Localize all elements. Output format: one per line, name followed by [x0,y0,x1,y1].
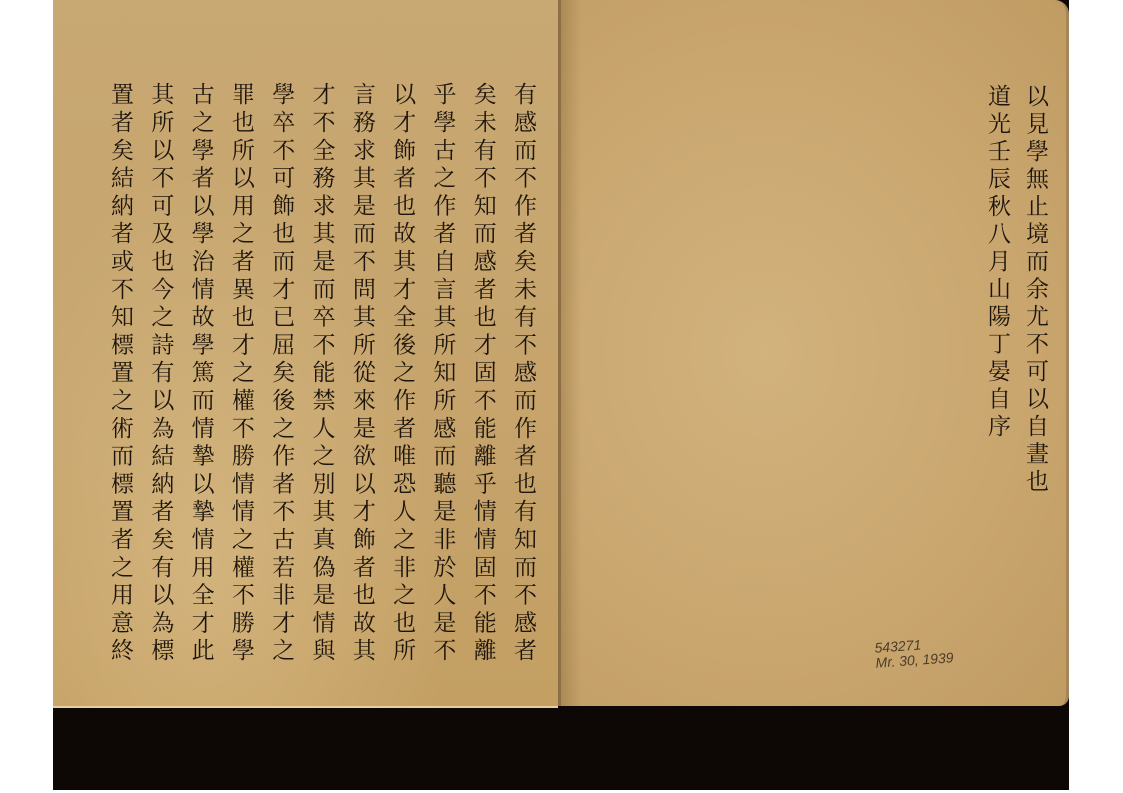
text-column-11: 置者矣結納者或不知標置之術而標置者之用意終 [93,82,133,666]
text-column-closing: 以見學無止境而余尤不可以自晝也 [1010,84,1048,497]
book-scan: 有感而不作者矣未有不感而作者也有知而不感者 矣未有不知而感者也才固不能離乎情情固… [53,0,1069,790]
text-column-signature: 道光壬辰秋八月山陽丁晏自序 [972,84,1010,497]
text-column-3: 乎學古之作者自言其所知所感而聽是非於人是不 [415,82,455,666]
text-column-4: 以才飾者也故其才全後之作者唯恐人之非之也所 [375,82,415,666]
right-page: 以見學無止境而余尤不可以自晝也 道光壬辰秋八月山陽丁晏自序 [561,0,1069,706]
handwritten-catalog-note: 543271 Mr. 30, 1939 [874,635,954,670]
text-column-7: 學卒不可飾也而才已屈矣後之作者不古若非才之 [254,82,294,666]
left-page: 有感而不作者矣未有不感而作者也有知而不感者 矣未有不知而感者也才固不能離乎情情固… [53,0,558,708]
text-column-8: 罪也所以用之者異也才之權不勝情情之權不勝學 [214,82,254,666]
text-column-6: 才不全務求其是而卒不能禁人之別其真偽是情與 [294,82,334,666]
text-column-9: 古之學者以學治情故學篤而情摯以摯情用全才此 [173,82,213,666]
left-page-text: 有感而不作者矣未有不感而作者也有知而不感者 矣未有不知而感者也才固不能離乎情情固… [93,82,536,666]
text-column-10: 其所以不可及也今之詩有以為結納者矣有以為標 [133,82,173,666]
text-column-1: 有感而不作者矣未有不感而作者也有知而不感者 [496,82,536,666]
text-column-2: 矣未有不知而感者也才固不能離乎情情固不能離 [455,82,495,666]
text-column-5: 言務求其是而不問其所從來是欲以才飾者也故其 [335,82,375,666]
right-page-text: 以見學無止境而余尤不可以自晝也 道光壬辰秋八月山陽丁晏自序 [972,84,1048,497]
